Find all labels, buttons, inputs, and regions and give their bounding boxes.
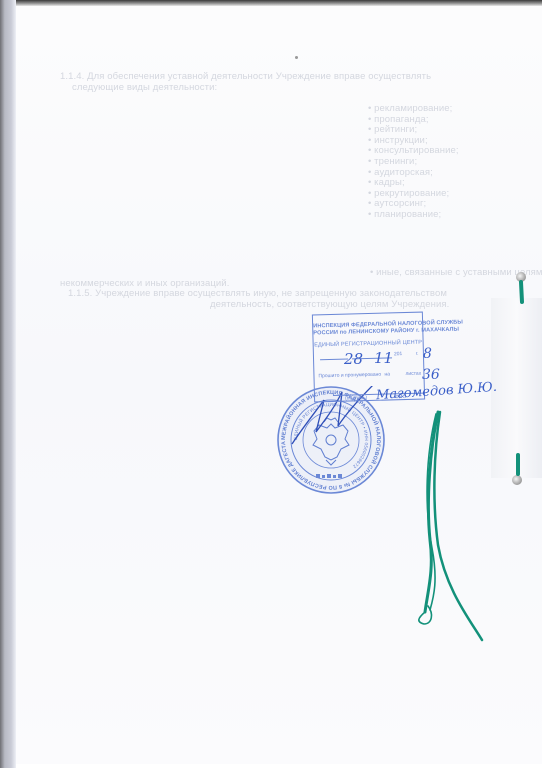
year-prefix: 201: [394, 351, 402, 357]
handwritten-month: 11: [374, 349, 393, 367]
stamp-line-3: ЕДИНЫЙ РЕГИСТРАЦИОННЫЙ ЦЕНТР: [314, 340, 423, 349]
handwritten-sheets: 36: [422, 367, 440, 383]
bleed-tail-line: деятельность, соответствующую целям Учре…: [60, 300, 542, 311]
bleed-bullet: • тренинги;: [368, 157, 459, 168]
binding-hole-top: [516, 272, 526, 282]
bleed-bullet: • рекламирование;: [368, 104, 459, 115]
sheets-label-left: Прошито и пронумеровано: [318, 372, 381, 380]
bleed-tail-text: • иные, связанные с уставными целями Учр…: [60, 268, 542, 310]
seal-code-marks: [316, 474, 342, 478]
scan-left-edge: [0, 0, 16, 768]
handwritten-day: 28: [344, 350, 363, 368]
bleed-bullet: • планирование;: [368, 210, 459, 221]
sheets-label-right: листах: [405, 371, 421, 377]
bleed-bullet-list: • рекламирование; • пропаганда; • рейтин…: [368, 104, 459, 221]
year-tail: г.: [416, 351, 419, 357]
binding-hole-bottom: [512, 475, 522, 485]
sheets-label-mid: на: [384, 371, 390, 377]
scan-speck: [295, 56, 298, 59]
sign-label: (подпись): [345, 395, 367, 402]
binding-tape: [491, 298, 542, 478]
bleed-tail-line: • иные, связанные с уставными целями Учр…: [60, 268, 542, 279]
bleed-through-text: 1.1.4. Для обеспечения уставной деятельн…: [60, 72, 530, 93]
bleed-heading-line: 1.1.4. Для обеспечения уставной деятельн…: [60, 72, 530, 83]
official-seal: МЕЖРАЙОННАЯ ИНСПЕКЦИЯ ФЕДЕРАЛЬНОЙ НАЛОГО…: [276, 386, 386, 494]
bleed-heading-line: следующие виды деятельности:: [60, 83, 530, 94]
handwritten-year: 8: [423, 346, 432, 362]
